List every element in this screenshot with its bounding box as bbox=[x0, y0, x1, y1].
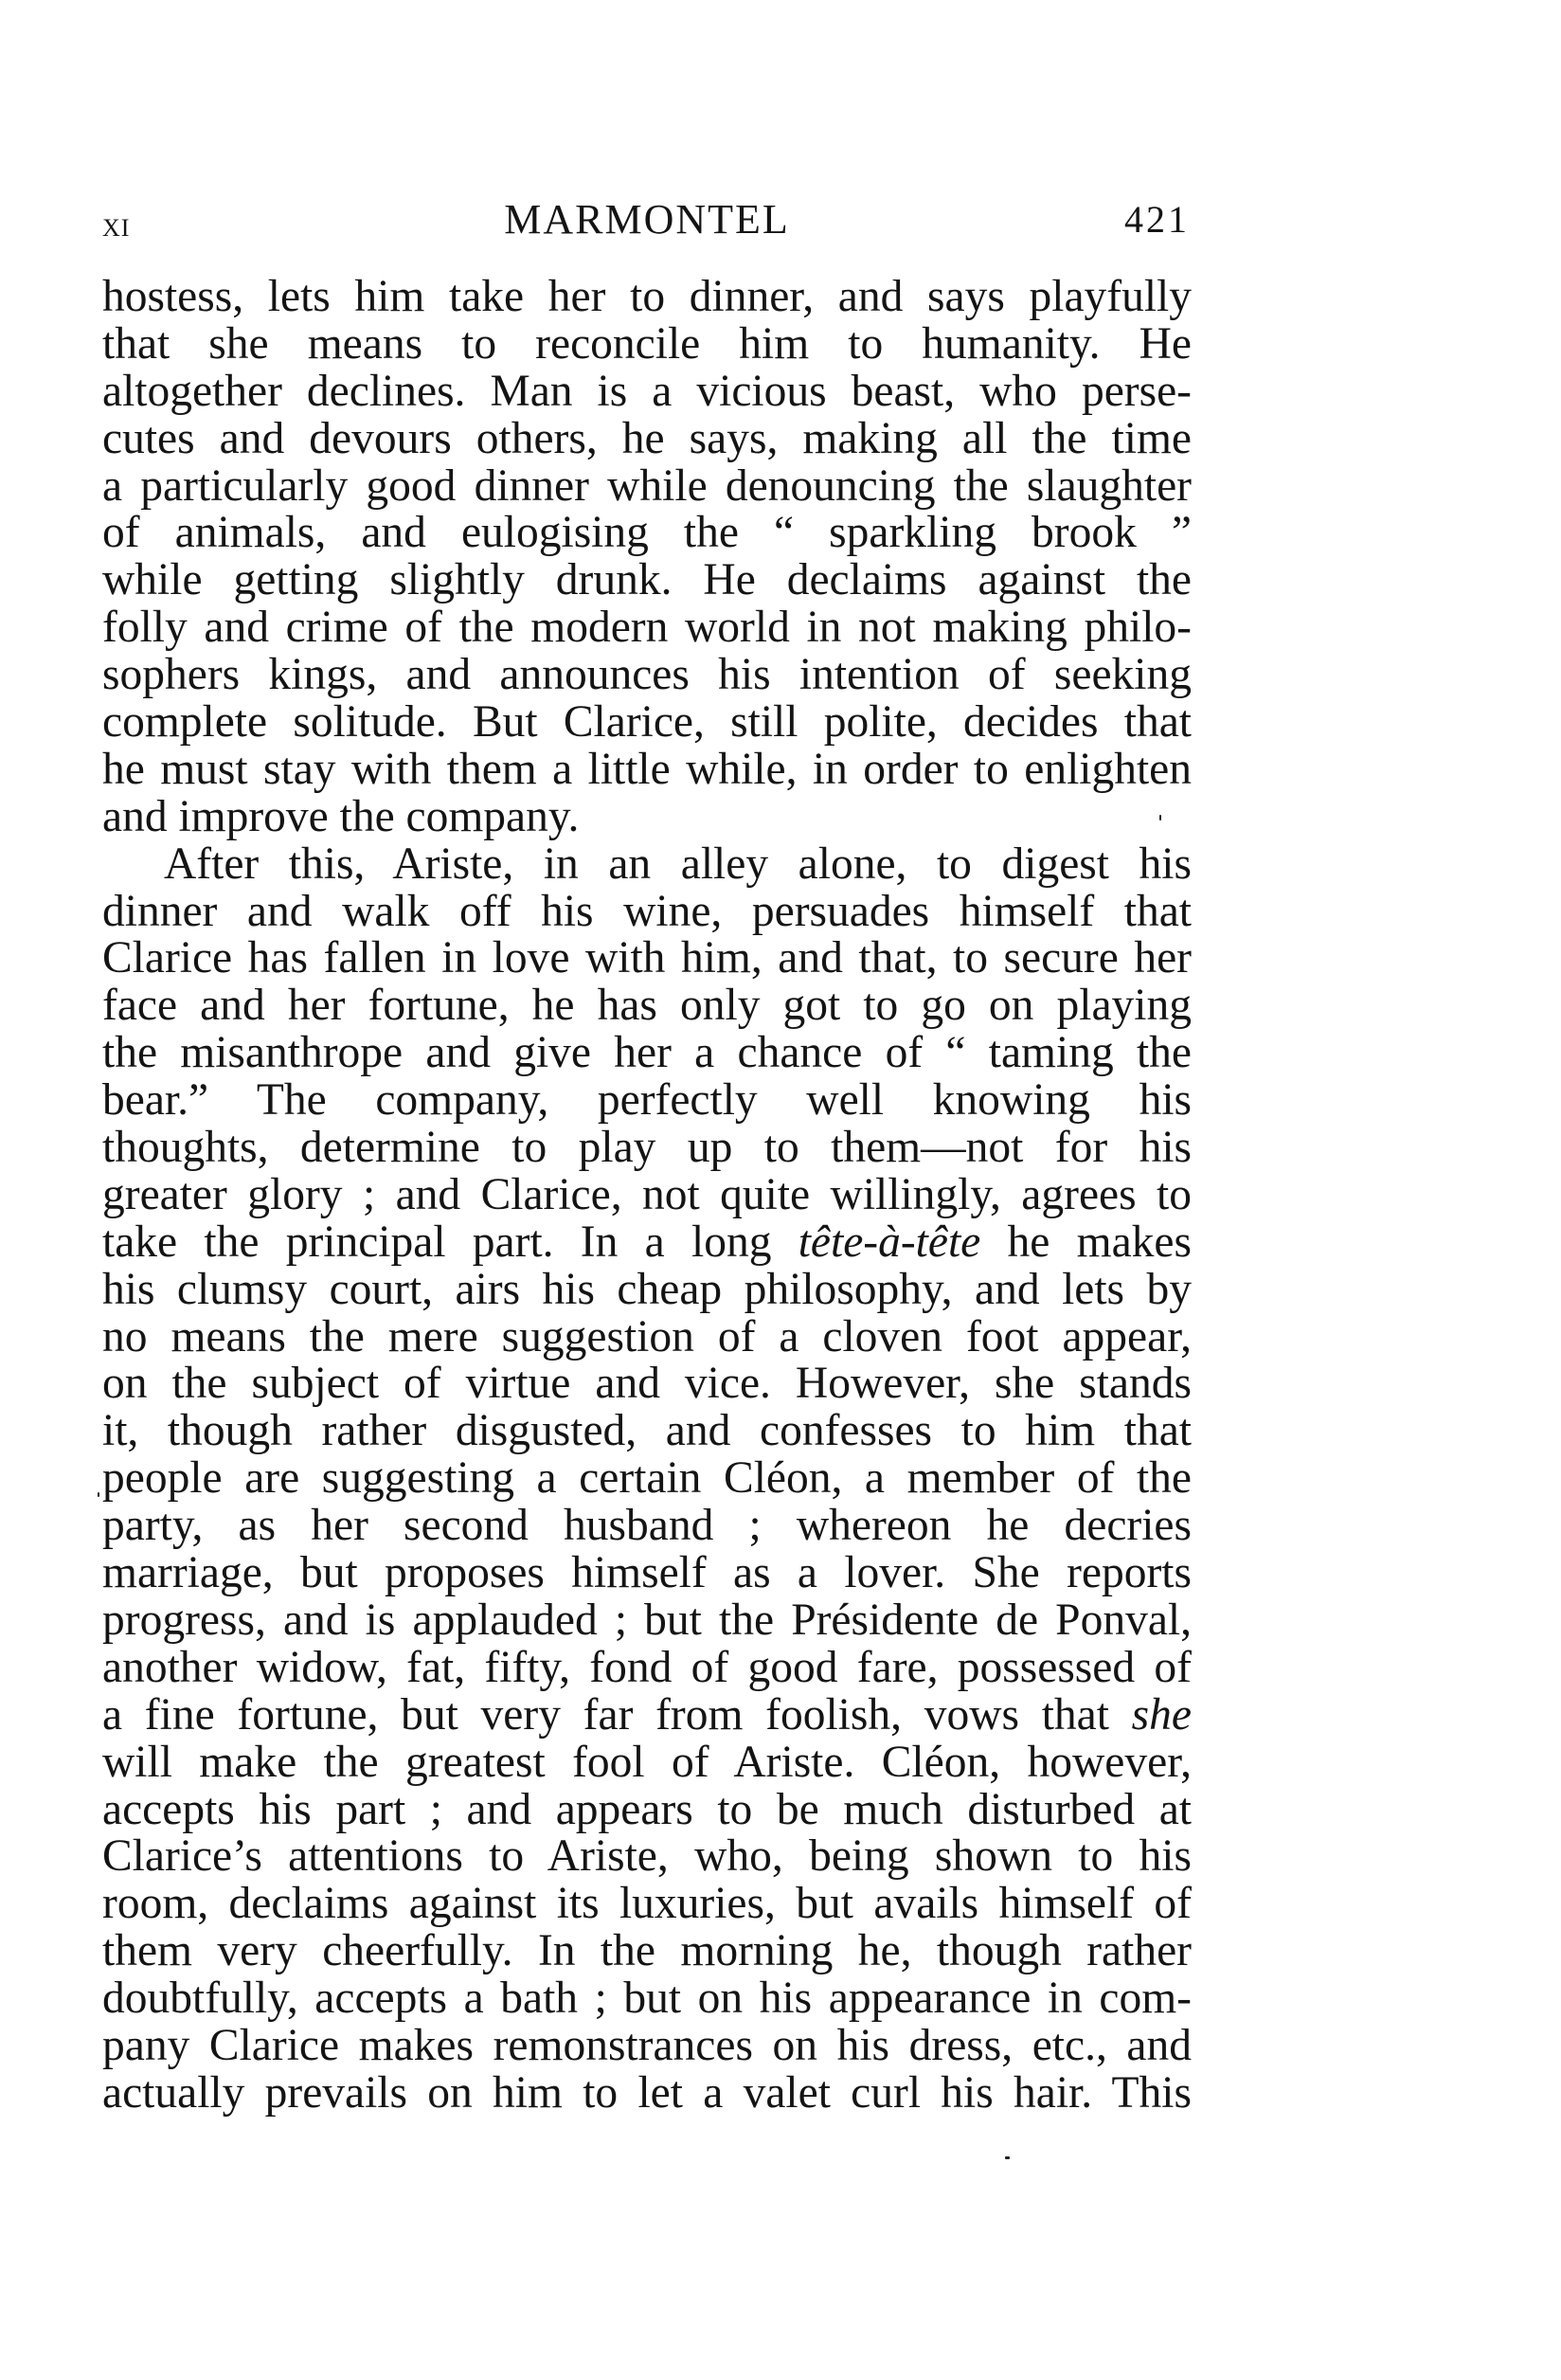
text-segment: altogether declines. Man is a vicious be… bbox=[102, 367, 1192, 416]
text-segment: and improve the company. bbox=[102, 792, 579, 841]
text-line: altogether declines. Man is a vicious be… bbox=[102, 369, 1192, 416]
text-segment: progress, and is applauded ; but the Pré… bbox=[102, 1596, 1192, 1645]
scan-speck bbox=[1005, 2156, 1010, 2159]
text-line: will make the greatest fool of Ariste. C… bbox=[102, 1740, 1192, 1787]
text-line: another widow, fat, fifty, fond of good … bbox=[102, 1645, 1192, 1692]
text-segment: Clarice has fallen in love with him, and… bbox=[102, 933, 1192, 983]
text-segment: doubtfully, accepts a bath ; but on his … bbox=[102, 1974, 1192, 2023]
text-line: Clarice’s attentions to Ariste, who, bei… bbox=[102, 1833, 1192, 1881]
text-line: of animals, and eulogising the “ sparkli… bbox=[102, 510, 1192, 557]
text-line: no means the mere suggestion of a cloven… bbox=[102, 1314, 1192, 1361]
text-line: take the principal part. In a long tête-… bbox=[102, 1219, 1192, 1267]
text-line: party, as her second husband ; whereon h… bbox=[102, 1503, 1192, 1550]
text-line: his clumsy court, airs his cheap philoso… bbox=[102, 1267, 1192, 1314]
text-line: dinner and walk off his wine, persuades … bbox=[102, 889, 1192, 936]
italic-text: tête-à-tête bbox=[798, 1217, 981, 1267]
page-number: 421 bbox=[1124, 197, 1190, 242]
text-segment: he must stay with them a little while, i… bbox=[102, 745, 1192, 794]
text-line: face and her fortune, he has only got to… bbox=[102, 983, 1192, 1030]
text-line: that she means to reconcile him to human… bbox=[102, 321, 1192, 369]
text-segment: while getting slightly drunk. He declaim… bbox=[102, 555, 1192, 604]
text-line: progress, and is applauded ; but the Pré… bbox=[102, 1597, 1192, 1645]
text-segment: After this, Ariste, in an alley alone, t… bbox=[164, 839, 1192, 889]
text-segment: Clarice’s attentions to Ariste, who, bei… bbox=[102, 1831, 1192, 1881]
text-line: After this, Ariste, in an alley alone, t… bbox=[102, 841, 1192, 889]
text-line: Clarice has fallen in love with him, and… bbox=[102, 935, 1192, 983]
text-line: actually prevails on him to let a valet … bbox=[102, 2070, 1192, 2118]
text-segment: a fine fortune, but very far from foolis… bbox=[102, 1690, 1132, 1740]
text-line: while getting slightly drunk. He declaim… bbox=[102, 557, 1192, 604]
text-segment: accepts his part ; and appears to be muc… bbox=[102, 1785, 1192, 1834]
text-line: greater glory ; and Clarice, not quite w… bbox=[102, 1172, 1192, 1219]
book-page: xi MARMONTEL 421 hostess, lets him take … bbox=[0, 0, 1561, 2380]
paragraph: After this, Ariste, in an alley alone, t… bbox=[102, 841, 1192, 2118]
text-line: and improve the company. bbox=[102, 794, 1192, 841]
text-segment: on the subject of virtue and vice. Howev… bbox=[102, 1359, 1192, 1408]
text-line: accepts his part ; and appears to be muc… bbox=[102, 1787, 1192, 1834]
text-segment: room, declaims against its luxuries, but… bbox=[102, 1879, 1192, 1928]
running-head: xi MARMONTEL 421 bbox=[102, 195, 1192, 243]
text-segment: complete solitude. But Clarice, still po… bbox=[102, 697, 1192, 747]
text-segment: take the principal part. In a long bbox=[102, 1217, 798, 1267]
text-segment: dinner and walk off his wine, persuades … bbox=[102, 887, 1192, 936]
text-segment: cutes and devours others, he says, makin… bbox=[102, 414, 1192, 463]
scan-speck bbox=[1159, 815, 1161, 820]
text-segment: actually prevails on him to let a valet … bbox=[102, 2068, 1192, 2118]
text-line: thoughts, determine to play up to them—n… bbox=[102, 1125, 1192, 1172]
text-line: pany Clarice makes remonstrances on his … bbox=[102, 2023, 1192, 2070]
text-segment: them very cheerfully. In the morning he,… bbox=[102, 1926, 1192, 1975]
text-line: it, though rather disgusted, and confess… bbox=[102, 1408, 1192, 1455]
text-segment: will make the greatest fool of Ariste. C… bbox=[102, 1738, 1192, 1787]
text-segment: sophers kings, and announces his intenti… bbox=[102, 650, 1192, 699]
text-segment: it, though rather disgusted, and confess… bbox=[102, 1406, 1192, 1455]
text-segment: the misanthrope and give her a chance of… bbox=[102, 1028, 1192, 1077]
text-segment: party, as her second husband ; whereon h… bbox=[102, 1501, 1192, 1550]
text-line: room, declaims against its luxuries, but… bbox=[102, 1881, 1192, 1928]
scan-speck bbox=[98, 1492, 99, 1497]
text-line: marriage, but proposes himself as a love… bbox=[102, 1550, 1192, 1597]
italic-text: she bbox=[1132, 1690, 1192, 1740]
text-line: a fine fortune, but very far from foolis… bbox=[102, 1692, 1192, 1740]
text-segment: a particularly good dinner while denounc… bbox=[102, 461, 1192, 511]
text-segment: no means the mere suggestion of a cloven… bbox=[102, 1312, 1192, 1361]
text-segment: folly and crime of the modern world in n… bbox=[102, 603, 1192, 652]
text-line: a particularly good dinner while denounc… bbox=[102, 463, 1192, 511]
text-line: bear.” The company, perfectly well knowi… bbox=[102, 1077, 1192, 1125]
text-line: hostess, lets him take her to dinner, an… bbox=[102, 274, 1192, 321]
running-title: MARMONTEL bbox=[102, 195, 1192, 243]
text-segment: marriage, but proposes himself as a love… bbox=[102, 1548, 1192, 1597]
text-segment: bear.” The company, perfectly well knowi… bbox=[102, 1075, 1192, 1125]
body-text: hostess, lets him take her to dinner, an… bbox=[102, 274, 1192, 2118]
text-line: cutes and devours others, he says, makin… bbox=[102, 416, 1192, 463]
text-segment: thoughts, determine to play up to them—n… bbox=[102, 1123, 1192, 1172]
text-line: sophers kings, and announces his intenti… bbox=[102, 652, 1192, 699]
text-segment: people are suggesting a certain Cléon, a… bbox=[102, 1453, 1192, 1503]
text-segment: he makes bbox=[980, 1217, 1192, 1267]
text-segment: of animals, and eulogising the “ sparkli… bbox=[102, 508, 1192, 557]
text-line: he must stay with them a little while, i… bbox=[102, 747, 1192, 794]
text-line: people are suggesting a certain Cléon, a… bbox=[102, 1455, 1192, 1503]
paragraph: hostess, lets him take her to dinner, an… bbox=[102, 274, 1192, 841]
text-line: on the subject of virtue and vice. Howev… bbox=[102, 1361, 1192, 1408]
text-segment: face and her fortune, he has only got to… bbox=[102, 981, 1192, 1030]
text-segment: pany Clarice makes remonstrances on his … bbox=[102, 2021, 1192, 2070]
text-line: them very cheerfully. In the morning he,… bbox=[102, 1928, 1192, 1975]
text-segment: another widow, fat, fifty, fond of good … bbox=[102, 1643, 1192, 1692]
text-segment: hostess, lets him take her to dinner, an… bbox=[102, 272, 1192, 321]
text-line: complete solitude. But Clarice, still po… bbox=[102, 699, 1192, 747]
text-line: the misanthrope and give her a chance of… bbox=[102, 1030, 1192, 1077]
text-segment: his clumsy court, airs his cheap philoso… bbox=[102, 1265, 1192, 1314]
text-line: doubtfully, accepts a bath ; but on his … bbox=[102, 1975, 1192, 2023]
text-segment: that she means to reconcile him to human… bbox=[102, 319, 1192, 369]
text-segment: greater glory ; and Clarice, not quite w… bbox=[102, 1170, 1192, 1219]
text-line: folly and crime of the modern world in n… bbox=[102, 604, 1192, 652]
